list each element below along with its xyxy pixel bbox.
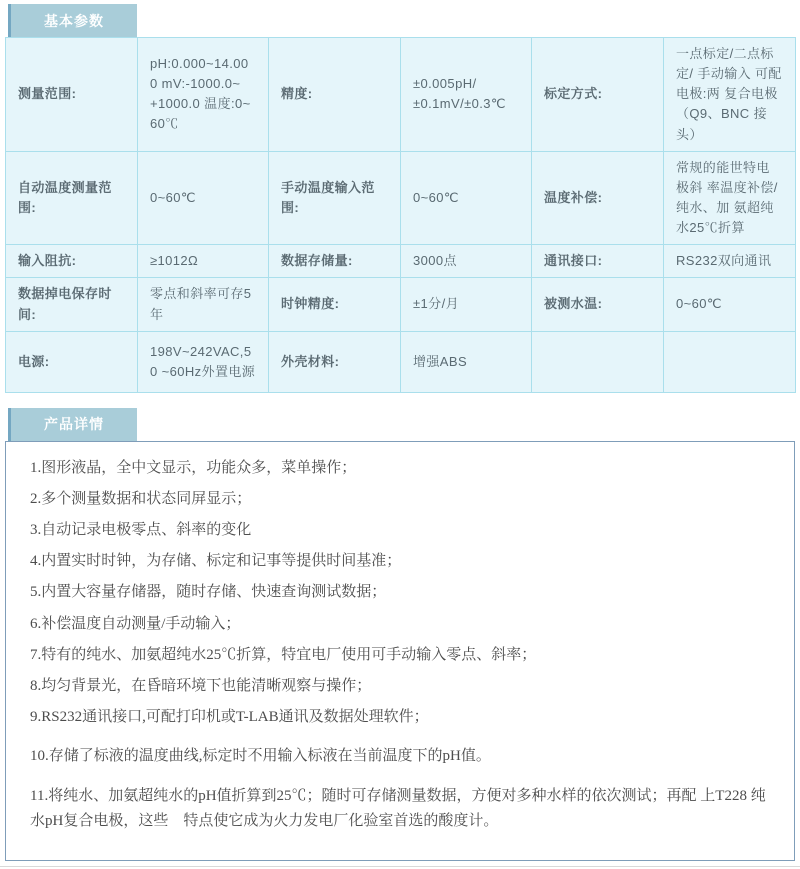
param-value-cell: 3000点 xyxy=(401,245,532,278)
param-label-cell: 自动温度测量范围: xyxy=(6,151,138,245)
param-value-cell: ±0.005pH/ ±0.1mV/±0.3℃ xyxy=(401,38,532,152)
table-row: 电源: 198V~242VAC,50 ~60Hz外置电源 外壳材料: 增强ABS xyxy=(6,331,796,392)
basic-params-table: 测量范围: pH:0.000~14.000 mV:-1000.0~ +1000.… xyxy=(5,37,796,393)
param-value-cell: 一点标定/二点标定/ 手动输入 可配电极:两 复合电极（Q9、BNC 接头） xyxy=(664,38,796,152)
param-label-cell: 输入阻抗: xyxy=(6,245,138,278)
param-label-cell: 通讯接口: xyxy=(532,245,664,278)
param-label-cell: 数据存储量: xyxy=(269,245,401,278)
product-details-box: 1.图形液晶，全中文显示，功能众多，菜单操作； 2.多个测量数据和状态同屏显示；… xyxy=(5,441,795,861)
detail-list-item: 5.内置大容量存储器，随时存储、快速查询测试数据； xyxy=(30,580,770,605)
param-value-cell: 0~60℃ xyxy=(401,151,532,245)
param-value-cell: 增强ABS xyxy=(401,331,532,392)
tab-product-details-label: 产品详情 xyxy=(44,414,104,434)
product-spec-page: 基本参数 测量范围: pH:0.000~14.000 mV:-1000.0~ +… xyxy=(0,0,800,869)
param-label-cell: 外壳材料: xyxy=(269,331,401,392)
table-row: 测量范围: pH:0.000~14.000 mV:-1000.0~ +1000.… xyxy=(6,38,796,152)
param-label-cell: 测量范围: xyxy=(6,38,138,152)
detail-list-item: 3.自动记录电极零点、斜率的变化 xyxy=(30,518,770,543)
detail-list-item: 1.图形液晶，全中文显示，功能众多，菜单操作； xyxy=(30,456,770,481)
tab-basic-params: 基本参数 xyxy=(8,4,137,37)
detail-list-item: 8.均匀背景光，在昏暗环境下也能清晰观察与操作； xyxy=(30,674,770,699)
table-row: 自动温度测量范围: 0~60℃ 手动温度输入范围: 0~60℃ 温度补偿: 常规… xyxy=(6,151,796,245)
detail-list-item: 9.RS232通讯接口,可配打印机或T-LAB通讯及数据处理软件； xyxy=(30,705,770,730)
detail-list-item: 10.存储了标液的温度曲线,标定时不用输入标液在当前温度下的pH值。 xyxy=(30,744,770,769)
param-value-cell: 0~60℃ xyxy=(664,278,796,331)
param-label-cell: 手动温度输入范围: xyxy=(269,151,401,245)
detail-list-item: 11.将纯水、加氨超纯水的pH值折算到25℃；随时可存储测量数据，方便对多种水样… xyxy=(30,784,770,834)
detail-list-item: 2.多个测量数据和状态同屏显示； xyxy=(30,487,770,512)
param-value-cell: 198V~242VAC,50 ~60Hz外置电源 xyxy=(138,331,269,392)
param-value-cell: pH:0.000~14.000 mV:-1000.0~ +1000.0 温度:0… xyxy=(138,38,269,152)
param-label-cell: 电源: xyxy=(6,331,138,392)
page-bottom-divider xyxy=(0,866,800,869)
param-value-cell: RS232双向通讯 xyxy=(664,245,796,278)
param-label-cell: 温度补偿: xyxy=(532,151,664,245)
param-value-cell: 零点和斜率可存5年 xyxy=(138,278,269,331)
param-value-cell: ±1分/月 xyxy=(401,278,532,331)
param-label-cell: 被测水温: xyxy=(532,278,664,331)
detail-list-item: 7.特有的纯水、加氨超纯水25℃折算，特宜电厂使用可手动输入零点、斜率； xyxy=(30,643,770,668)
param-value-cell xyxy=(664,331,796,392)
detail-list-item: 4.内置实时时钟，为存储、标定和记事等提供时间基准； xyxy=(30,549,770,574)
param-label-cell: 数据掉电保存时间: xyxy=(6,278,138,331)
param-label-cell xyxy=(532,331,664,392)
table-row: 输入阻抗: ≥1012Ω 数据存储量: 3000点 通讯接口: RS232双向通… xyxy=(6,245,796,278)
param-value-cell: ≥1012Ω xyxy=(138,245,269,278)
param-value-cell: 0~60℃ xyxy=(138,151,269,245)
detail-list-item: 6.补偿温度自动测量/手动输入； xyxy=(30,612,770,637)
param-label-cell: 标定方式: xyxy=(532,38,664,152)
tab-basic-params-label: 基本参数 xyxy=(44,11,104,31)
table-row: 数据掉电保存时间: 零点和斜率可存5年 时钟精度: ±1分/月 被测水温: 0~… xyxy=(6,278,796,331)
param-label-cell: 精度: xyxy=(269,38,401,152)
tab-product-details: 产品详情 xyxy=(8,408,137,441)
param-label-cell: 时钟精度: xyxy=(269,278,401,331)
param-value-cell: 常规的能世特电极斜 率温度补偿/纯水、加 氨超纯水25℃折算 xyxy=(664,151,796,245)
